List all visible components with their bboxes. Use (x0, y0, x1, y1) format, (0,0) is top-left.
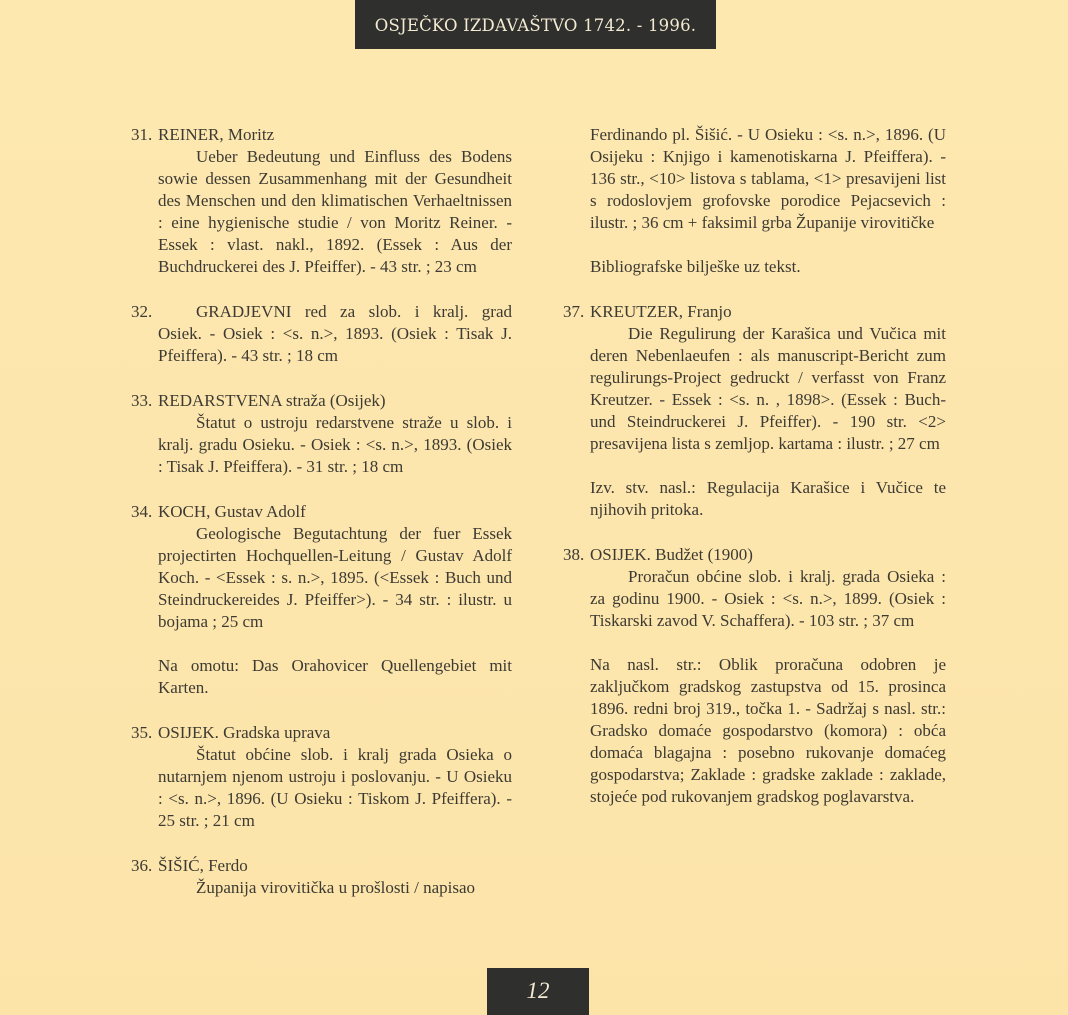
entry-description: Ueber Bedeutung und Einfluss des Bodens … (158, 146, 512, 278)
bibliography-entry-35: 35.OSIJEK. Gradska uprava Štatut obćine … (131, 722, 512, 832)
bibliography-entry-33: 33.REDARSTVENA straža (Osijek) Štatut o … (131, 390, 512, 478)
entry-heading: OSIJEK. Gradska uprava (158, 723, 330, 742)
page-number: 12 (527, 978, 550, 1004)
bibliography-entry-32: 32.GRADJEVNI red za slob. i kralj. grad … (131, 301, 512, 367)
entry-note: Na omotu: Das Orahovicer Quellengebiet m… (131, 655, 512, 699)
page-number-box: 12 (487, 968, 589, 1015)
entry-description: Geologische Begutachtung der fuer Essek … (158, 523, 512, 633)
entry-heading: KREUTZER, Franjo (590, 302, 732, 321)
entry-heading: REDARSTVENA straža (Osijek) (158, 391, 386, 410)
bibliography-entry-34: 34.KOCH, Gustav Adolf Geologische Beguta… (131, 501, 512, 699)
running-header: OSJEČKO IZDAVAŠTVO 1742. - 1996. (355, 0, 716, 49)
entry-heading: KOCH, Gustav Adolf (158, 502, 306, 521)
entry-number: 38. (563, 544, 590, 566)
entry-note: Bibliografske bilješke uz tekst. (563, 256, 946, 278)
entry-number: 32. (131, 301, 158, 323)
bibliography-entry-37: 37.KREUTZER, Franjo Die Regulirung der K… (563, 301, 946, 521)
header-title: OSJEČKO IZDAVAŠTVO 1742. - 1996. (375, 16, 696, 35)
entry-description: Štatut o ustroju redarstvene straže u sl… (158, 412, 512, 478)
bibliography-entry-36-continued: Ferdinando pl. Šišić. - U Osieku : <s. n… (563, 124, 946, 278)
entry-description-continued: Ferdinando pl. Šišić. - U Osieku : <s. n… (590, 124, 946, 234)
entry-description: Županija virovitička u prošlosti / napis… (158, 877, 512, 899)
entry-heading: ŠIŠIĆ, Ferdo (158, 856, 248, 875)
entry-heading: REINER, Moritz (158, 125, 274, 144)
entry-number: 37. (563, 301, 590, 323)
entry-number: 36. (131, 855, 158, 877)
bibliography-entry-38: 38.OSIJEK. Budžet (1900) Proračun obćine… (563, 544, 946, 808)
entry-description: Osiek. - Osiek : <s. n.>, 1893. (Osiek :… (158, 323, 512, 367)
entry-heading: GRADJEVNI red za slob. i kralj. grad (158, 301, 512, 323)
entry-heading: OSIJEK. Budžet (1900) (590, 545, 753, 564)
bibliography-entry-31: 31.REINER, Moritz Ueber Bedeutung und Ei… (131, 124, 512, 278)
entry-description: Štatut obćine slob. i kralj grada Osieka… (158, 744, 512, 832)
entry-description: Proračun obćine slob. i kralj. grada Osi… (590, 566, 946, 632)
bibliography-entry-36: 36.ŠIŠIĆ, Ferdo Županija virovitička u p… (131, 855, 512, 899)
right-column: Ferdinando pl. Šišić. - U Osieku : <s. n… (563, 124, 946, 808)
entry-number: 34. (131, 501, 158, 523)
entry-note: Izv. stv. nasl.: Regulacija Karašice i V… (563, 477, 946, 521)
left-column: 31.REINER, Moritz Ueber Bedeutung und Ei… (131, 124, 512, 899)
entry-note: Na nasl. str.: Oblik proračuna odobren j… (563, 654, 946, 808)
entry-description: Die Regulirung der Karašica und Vučica m… (590, 323, 946, 455)
entry-number: 31. (131, 124, 158, 146)
entry-number: 33. (131, 390, 158, 412)
entry-number: 35. (131, 722, 158, 744)
